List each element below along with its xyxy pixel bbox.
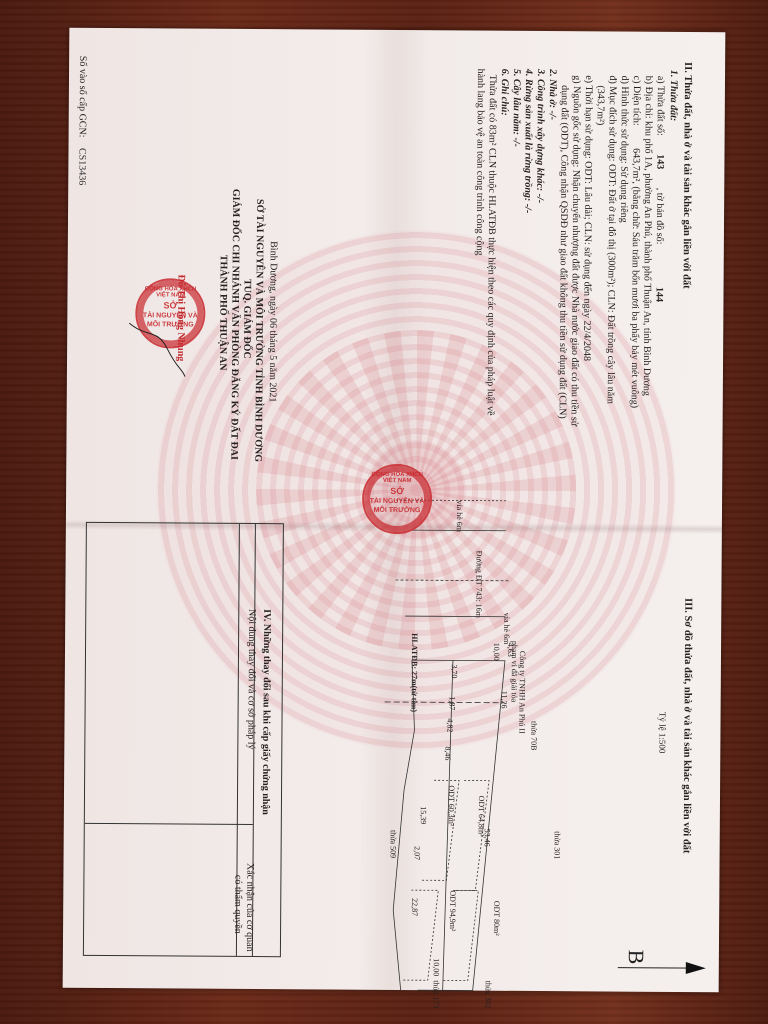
- area-odt-949: ODT 94,9m²: [446, 890, 459, 931]
- neighbor-302: thửa 302: [482, 981, 495, 1009]
- area-odt-648: ODT 64,8m²: [475, 796, 488, 837]
- col-change-content: Nội dung thay đổi và cơ sở pháp lý: [244, 609, 258, 750]
- dim-207: 2,07: [411, 846, 424, 860]
- dim-187: 1,87: [446, 696, 459, 710]
- neighbor-173: thửa 173: [430, 980, 443, 1008]
- neighbor-70b: thửa 70B: [527, 721, 540, 751]
- dim-1539: 15,39: [417, 806, 430, 824]
- dim-482: 4,82: [443, 718, 456, 732]
- area-odt-80: ODT 80m²: [490, 901, 503, 936]
- dim-846: 8,46: [441, 746, 454, 760]
- neighbor-301: thửa 301: [551, 831, 564, 859]
- neighbor-company: Công ty TNHH An Phú II: [515, 651, 529, 734]
- dim-1126: 11,26: [498, 691, 511, 709]
- certificate-paper: II. Thửa đất, nhà ở và tài sản khác gắn …: [63, 28, 726, 993]
- col-confirm-1: Xác nhận của cơ quan: [243, 863, 257, 952]
- col-confirm-2: có thẩm quyền: [231, 875, 244, 934]
- dim-2287: 22,87: [408, 898, 421, 916]
- dim-front: 10,00: [490, 643, 503, 661]
- dim-rear: 10,00: [430, 958, 443, 976]
- area-odt-603: ODT 60,3m²: [445, 785, 458, 826]
- dim-370: 3,70: [448, 664, 461, 678]
- neighbor-509: thửa 509: [387, 830, 400, 858]
- section-iv-title: IV. Những thay đổi sau khi cấp giấy chứn…: [259, 609, 273, 815]
- center-red-stamp: CỘNG HÒA XHCN VIỆT NAM SỞ TÀI NGUYÊN VÀ …: [362, 464, 432, 534]
